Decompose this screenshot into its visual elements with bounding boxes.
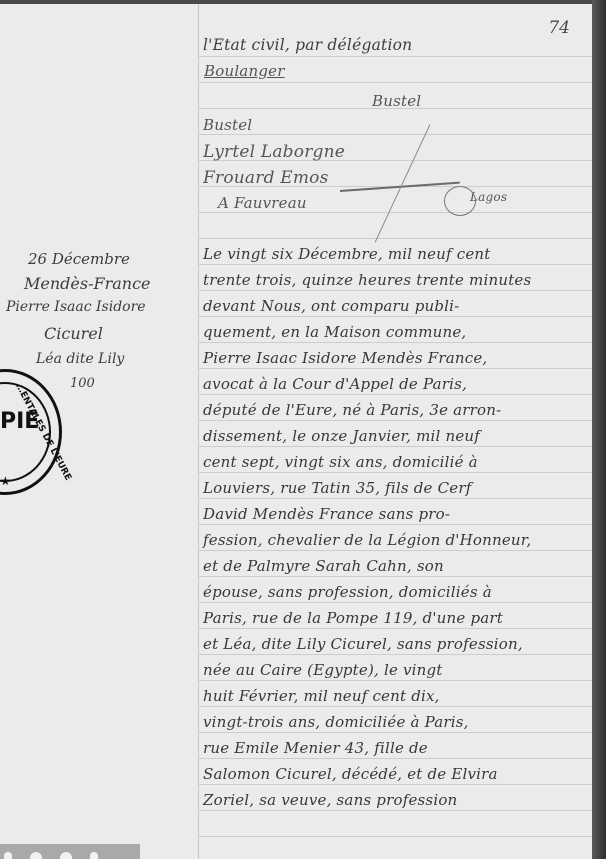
body-line: Paris, rue de la Pompe 119, d'une part bbox=[203, 609, 503, 627]
ruled-line bbox=[199, 524, 592, 525]
body-line: Zoriel, sa veuve, sans profession bbox=[203, 791, 457, 809]
ruled-line bbox=[199, 238, 592, 239]
signature-line: Frouard Emos bbox=[203, 168, 329, 188]
signature-line: Boulanger bbox=[204, 62, 285, 80]
page-number: 74 bbox=[548, 18, 570, 38]
ruled-line bbox=[199, 758, 592, 759]
ruled-line bbox=[199, 680, 592, 681]
ruled-line bbox=[199, 264, 592, 265]
ruled-line bbox=[199, 290, 592, 291]
ruled-line bbox=[199, 368, 592, 369]
paraph-flourish bbox=[444, 186, 476, 216]
body-line: épouse, sans profession, domiciliés à bbox=[203, 583, 492, 601]
ruled-line bbox=[199, 784, 592, 785]
ruled-line bbox=[199, 732, 592, 733]
margin-spouse-given: Léa dite Lily bbox=[36, 351, 124, 367]
body-line: député de l'Eure, né à Paris, 3e arron- bbox=[203, 401, 501, 419]
register-page: 74 l'Etat civil, par délégation Boulange… bbox=[0, 4, 592, 859]
viewer-toolbar bbox=[0, 844, 140, 859]
signature-line: l'Etat civil, par délégation bbox=[203, 36, 412, 54]
body-line: rue Emile Menier 43, fille de bbox=[203, 739, 428, 757]
body-line: David Mendès France sans pro- bbox=[203, 505, 450, 523]
body-line: vingt-trois ans, domiciliée à Paris, bbox=[203, 713, 469, 731]
ruled-line bbox=[199, 342, 592, 343]
ruled-line bbox=[199, 316, 592, 317]
zoom-out-icon[interactable] bbox=[4, 852, 12, 859]
body-line: fession, chevalier de la Légion d'Honneu… bbox=[203, 531, 531, 549]
ruled-line bbox=[199, 212, 592, 213]
ruled-line bbox=[199, 446, 592, 447]
ruled-line bbox=[199, 56, 592, 57]
ruled-line bbox=[199, 394, 592, 395]
margin-given-names: Pierre Isaac Isidore bbox=[6, 299, 146, 315]
ruled-line bbox=[199, 602, 592, 603]
body-line: devant Nous, ont comparu publi- bbox=[203, 297, 459, 315]
ruled-line bbox=[199, 628, 592, 629]
ruled-line bbox=[199, 836, 592, 837]
signature-line: Bustel bbox=[203, 116, 252, 134]
star-icon: ★ bbox=[0, 474, 11, 488]
margin-act-number: 100 bbox=[70, 376, 95, 391]
body-line: Louviers, rue Tatin 35, fils de Cerf bbox=[203, 479, 471, 497]
signature-line: Bustel bbox=[372, 92, 421, 110]
ruled-line bbox=[199, 654, 592, 655]
ruled-line bbox=[199, 706, 592, 707]
body-line: et Léa, dite Lily Cicurel, sans professi… bbox=[203, 635, 523, 653]
ruled-line bbox=[199, 134, 592, 135]
ruled-line bbox=[199, 472, 592, 473]
margin-spouse-surname: Cicurel bbox=[44, 324, 103, 343]
margin-date: 26 Décembre bbox=[28, 250, 130, 268]
ruled-line bbox=[199, 498, 592, 499]
body-line: cent sept, vingt six ans, domicilié à bbox=[203, 453, 478, 471]
body-line: huit Février, mil neuf cent dix, bbox=[203, 687, 440, 705]
signature-line: A Fauvreau bbox=[218, 194, 307, 212]
ruled-line bbox=[199, 420, 592, 421]
signature-line: Lyrtel Laborgne bbox=[203, 142, 345, 162]
body-line: née au Caire (Egypte), le vingt bbox=[203, 661, 443, 679]
body-line: Le vingt six Décembre, mil neuf cent bbox=[203, 245, 491, 263]
ruled-line bbox=[199, 576, 592, 577]
body-line: dissement, le onze Janvier, mil neuf bbox=[203, 427, 480, 445]
body-line: et de Palmyre Sarah Cahn, son bbox=[203, 557, 444, 575]
ruled-line bbox=[199, 82, 592, 83]
body-line: avocat à la Cour d'Appel de Paris, bbox=[203, 375, 467, 393]
ruled-line bbox=[199, 810, 592, 811]
body-line: quement, en la Maison commune, bbox=[203, 323, 466, 341]
rotate-icon[interactable] bbox=[60, 852, 72, 859]
margin-surname: Mendès-France bbox=[24, 274, 151, 293]
zoom-in-icon[interactable] bbox=[30, 852, 42, 859]
info-icon[interactable] bbox=[90, 852, 98, 859]
margin-line bbox=[198, 4, 199, 859]
body-line: trente trois, quinze heures trente minut… bbox=[203, 271, 531, 289]
body-line: Pierre Isaac Isidore Mendès France, bbox=[203, 349, 487, 367]
body-line: Salomon Cicurel, décédé, et de Elvira bbox=[203, 765, 498, 783]
ruled-line bbox=[199, 550, 592, 551]
scan-right-border bbox=[592, 0, 606, 859]
